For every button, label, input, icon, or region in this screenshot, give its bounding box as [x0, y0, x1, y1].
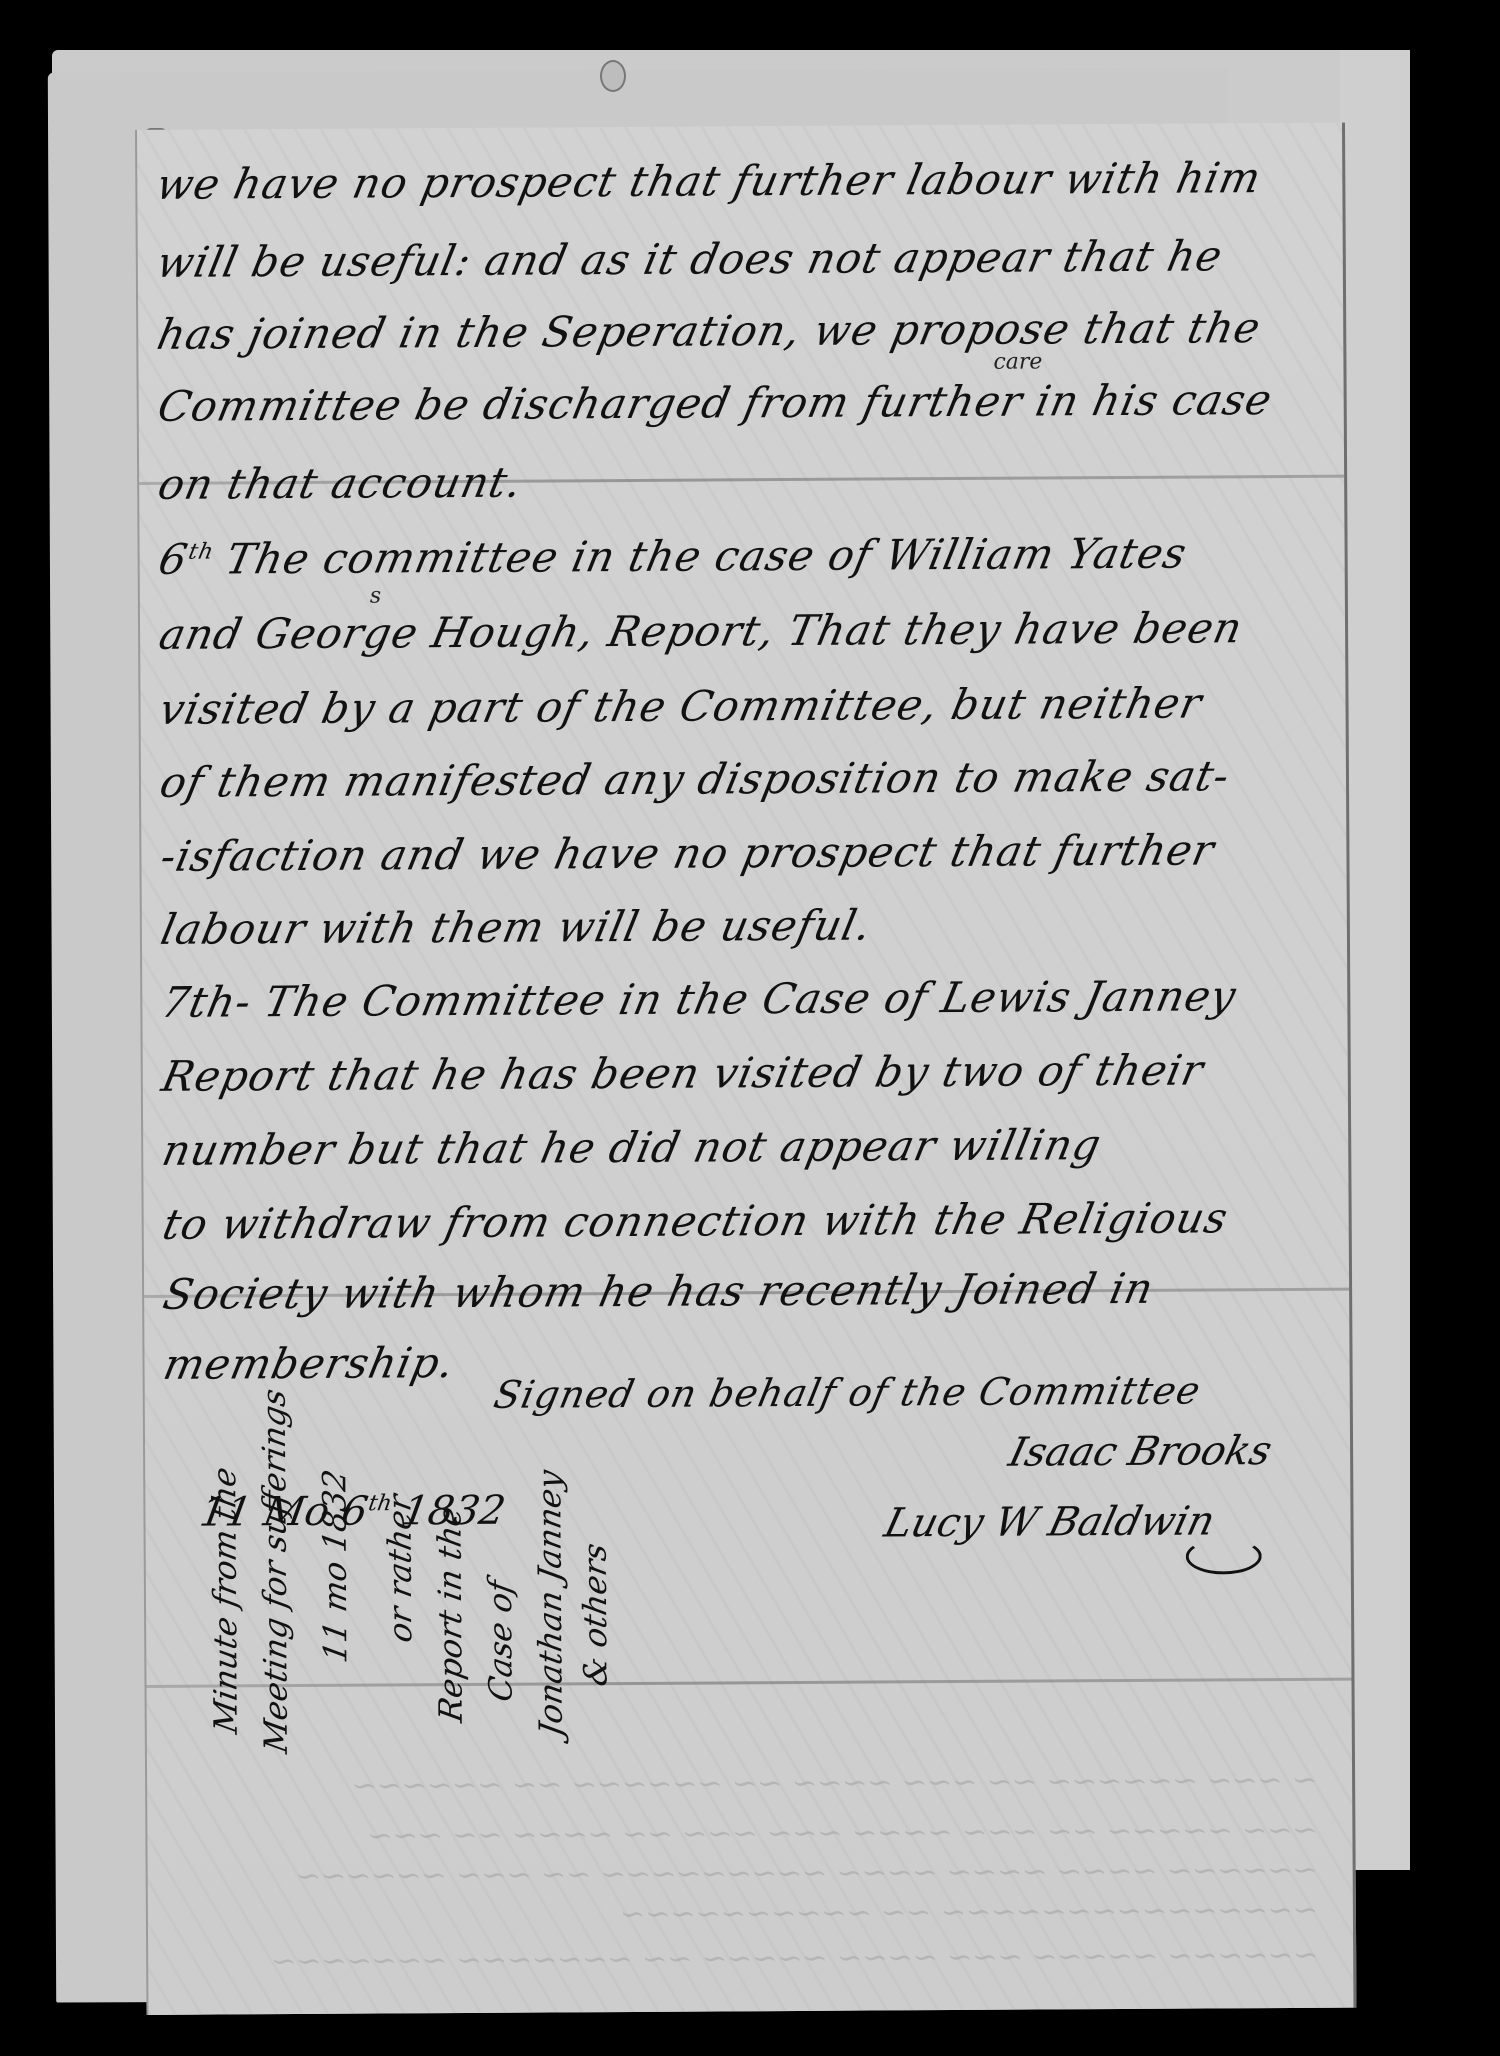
docket-endorsement: Minute from the Meeting for sufferings 1… — [206, 1607, 626, 1610]
text-line: labour with them will be useful. — [157, 900, 876, 953]
letter-body: we have no prospect that further labour … — [157, 153, 1317, 160]
endorsement-line: 11 mo 1832 — [315, 1467, 354, 1666]
text-line: membership. — [159, 1338, 459, 1389]
signature-isaac-brooks: Isaac Brooks — [1005, 1428, 1277, 1476]
item-6-line: 6th The committee in the case of William… — [155, 529, 1192, 584]
text-line: The Committee in the Case of Lewis Janne… — [260, 971, 1240, 1026]
signature-baldwin: Lucy W Baldwin — [880, 1498, 1219, 1546]
signature-flourish — [1186, 1538, 1262, 1574]
endorsement-line: or rather — [380, 1492, 419, 1645]
text-line: has joined in the Seperation, we propose… — [153, 303, 1265, 359]
endorsement-line: Case of — [481, 1578, 520, 1705]
text-line: of them manifested any disposition to ma… — [156, 751, 1234, 807]
ordinal-suffix: th — [186, 540, 216, 565]
text-line: -isfaction and we have no prospect that … — [156, 825, 1219, 880]
text-line: to withdraw from connection with the Rel… — [159, 1193, 1233, 1249]
text-line: we have no prospect that further labour … — [152, 153, 1265, 209]
bleed-through-text: ~~~~~~ ~~~~~ ~~~ ~~~~ ~~~~~ ~~ ~~~~~~~ ~… — [175, 1938, 1321, 1980]
text-line: Society with whom he has recently Joined… — [159, 1264, 1158, 1319]
item-number-7: 7th- — [157, 977, 256, 1027]
endorsement-line: Meeting for sufferings — [255, 1386, 295, 1756]
pin-hole-mark — [600, 60, 626, 92]
text-line: visited by a part of the Committee, but … — [155, 678, 1206, 733]
text-line: The committee in the case of William Yat… — [222, 529, 1192, 584]
text-line: and George Hough, Report, That they have… — [155, 603, 1247, 659]
inserted-word-care: care — [993, 349, 1042, 374]
text-line: Report that he has been visited by two o… — [158, 1045, 1209, 1100]
endorsement-line: Minute from the — [205, 1464, 245, 1736]
endorsement-line: Report in the — [430, 1504, 469, 1725]
bleed-through-text: ~ ~~~ ~~~~~~ ~~ ~~~ ~~~~ ~~ ~~~~~~ ~~ ~~… — [174, 1763, 1320, 1805]
text-line: Committee be discharged from further in … — [154, 375, 1277, 431]
bleed-through-text: ~~~~~~~~~~~~~~~ ~~ ~~~~~~~~~~ — [175, 1893, 1321, 1935]
endorsement-line: & others — [576, 1540, 615, 1689]
item-7-line: 7th- The Committee in the Case of Lewis … — [157, 971, 1241, 1027]
text-line: will be useful: and as it does not appea… — [153, 231, 1227, 287]
endorsement-line: Jonathan Janney — [530, 1467, 570, 1739]
inserted-letter: s — [370, 584, 381, 609]
bleed-through-text: ~~~ ~~~~~ ~~ ~~~ ~~~~ ~~~ ~~~ ~~ ~~~~ ~~… — [174, 1813, 1320, 1855]
manuscript-page: we have no prospect that further labour … — [135, 123, 1356, 2015]
fold-crease — [146, 1678, 1351, 1688]
bleed-through-text: ~~~~~~ ~~~~ ~~~~ ~~~~ ~~~~~~~~~ ~~ ~~~ ~… — [174, 1853, 1320, 1895]
text-line: on that account. — [154, 458, 527, 509]
text-line: number but that he did not appear willin… — [158, 1120, 1106, 1175]
closing-line: Signed on behalf of the Committee — [490, 1368, 1205, 1416]
